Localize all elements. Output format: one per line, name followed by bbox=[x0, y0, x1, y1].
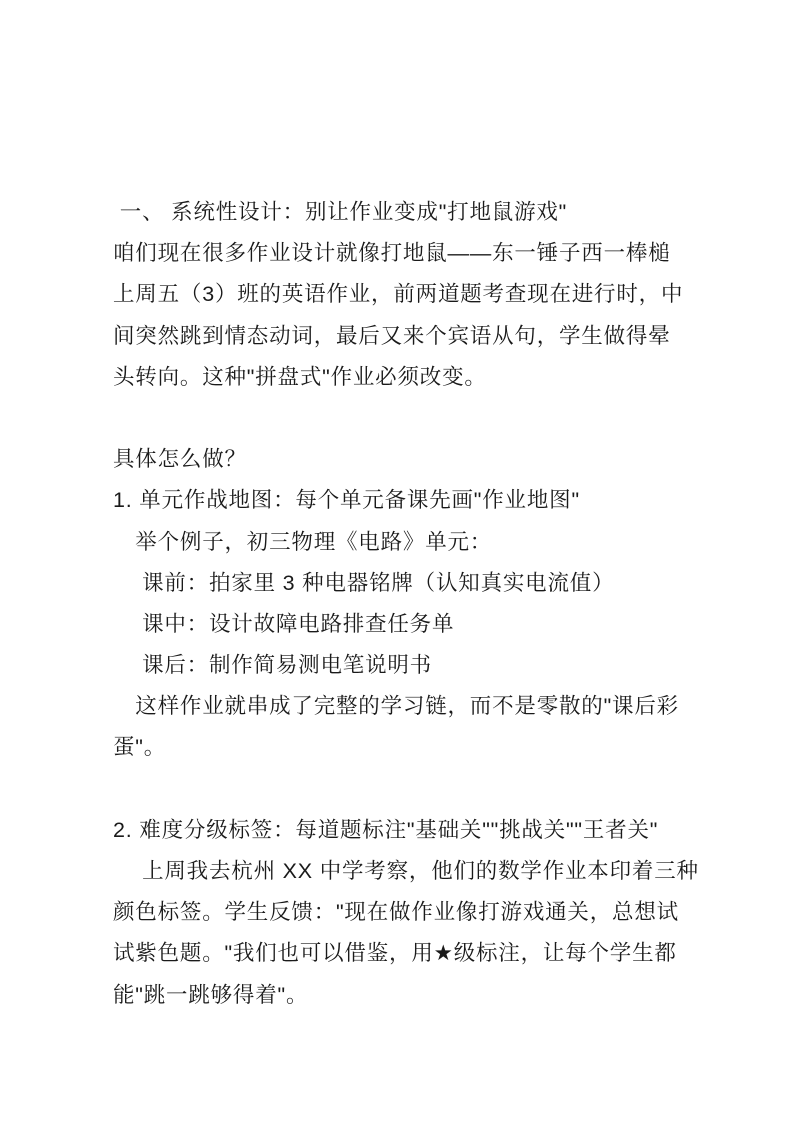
paragraph-1-line-1: 咱们现在很多作业设计就像打地鼠——东一锤子西一棒槌 bbox=[113, 233, 733, 274]
section-1-heading: 一、 系统性设计：别让作业变成"打地鼠游戏" bbox=[113, 192, 733, 233]
document-body: 一、 系统性设计：别让作业变成"打地鼠游戏"咱们现在很多作业设计就像打地鼠——东… bbox=[113, 192, 733, 1016]
blank-line bbox=[113, 769, 733, 810]
example-intro-line: 举个例子，初三物理《电路》单元： bbox=[113, 522, 733, 563]
paragraph-3-line-3: 试紫色题。"我们也可以借鉴，用★级标注，让每个学生都 bbox=[113, 933, 733, 974]
paragraph-1-line-4: 头转向。这种"拼盘式"作业必须改变。 bbox=[113, 357, 733, 398]
paragraph-3-line-4: 能"跳一跳够得着"。 bbox=[113, 975, 733, 1016]
paragraph-question: 具体怎么做？ bbox=[113, 439, 733, 480]
paragraph-1-line-3: 间突然跳到情态动词，最后又来个宾语从句，学生做得晕 bbox=[113, 316, 733, 357]
list-item-1-heading: 1. 单元作战地图：每个单元备课先画"作业地图" bbox=[113, 480, 733, 521]
paragraph-2-line-1: 这样作业就串成了完整的学习链，而不是零散的"课后彩 bbox=[113, 686, 733, 727]
blank-line bbox=[113, 398, 733, 439]
paragraph-1-line-2: 上周五（3）班的英语作业，前两道题考查现在进行时，中 bbox=[113, 274, 733, 315]
example-after-class: 课后：制作简易测电笔说明书 bbox=[113, 645, 733, 686]
list-item-2-heading: 2. 难度分级标签：每道题标注"基础关""挑战关""王者关" bbox=[113, 810, 733, 851]
document-page: 一、 系统性设计：别让作业变成"打地鼠游戏"咱们现在很多作业设计就像打地鼠——东… bbox=[0, 0, 793, 1122]
paragraph-2-line-2: 蛋"。 bbox=[113, 727, 733, 768]
paragraph-3-line-2: 颜色标签。学生反馈："现在做作业像打游戏通关，总想试 bbox=[113, 892, 733, 933]
example-during-class: 课中：设计故障电路排查任务单 bbox=[113, 604, 733, 645]
paragraph-3-line-1: 上周我去杭州 XX 中学考察，他们的数学作业本印着三种 bbox=[113, 851, 733, 892]
example-before-class: 课前：拍家里 3 种电器铭牌（认知真实电流值） bbox=[113, 563, 733, 604]
